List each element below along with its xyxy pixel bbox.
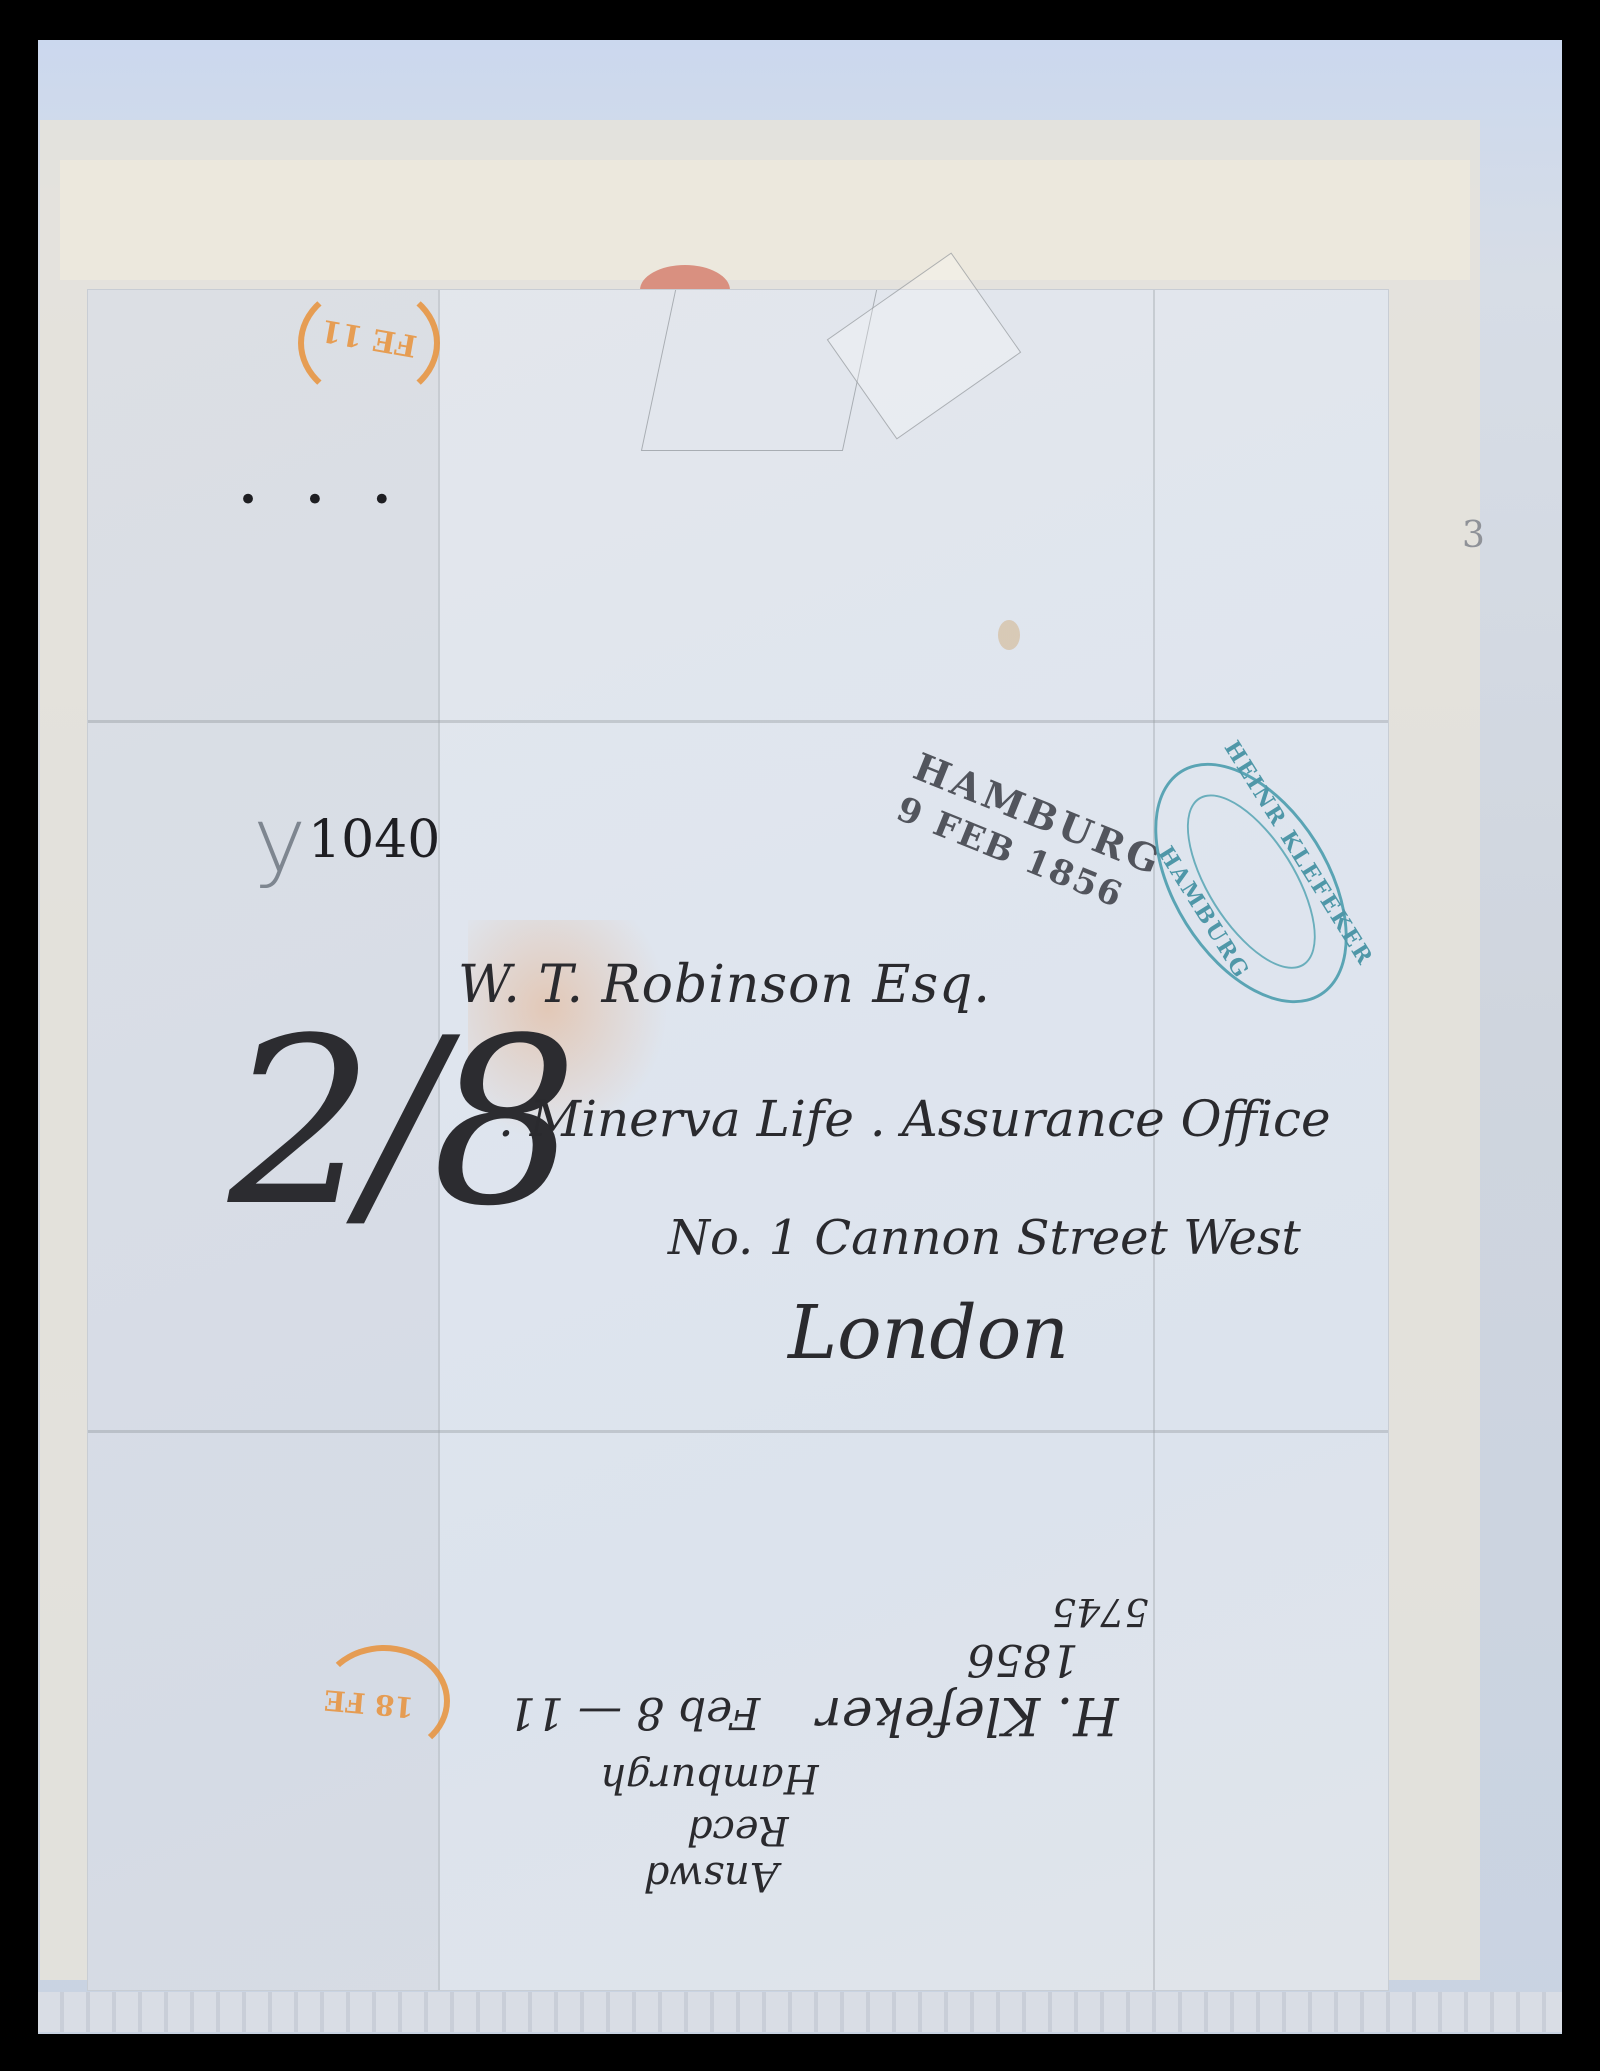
stain [998, 620, 1020, 650]
address-line-4: London [788, 1290, 1069, 1376]
hamburg-postmark: HAMBURG 9 FEB 1856 [891, 744, 1170, 926]
forwarder-cachet: HEINR KLEFEKER HAMBURG [1114, 729, 1387, 1037]
docket-sender: H. Klefeker Feb 8 — 11 [508, 1685, 1119, 1745]
docket-answered: Answd [508, 1853, 779, 1899]
docket-place: Hamburgh [508, 1755, 819, 1801]
docket-ref: 5745 [508, 1590, 1149, 1634]
ink-dots: • • • [238, 480, 410, 520]
paper-tear [641, 290, 877, 451]
margin-number: 3 [1462, 515, 1485, 556]
address-line-2: . Minerva Life . Assurance Office [498, 1090, 1331, 1148]
folded-letter: FE 11 • • • y 1040 HAMBURG 9 FEB 1856 HE… [88, 290, 1388, 1990]
underlying-sheet-edge [60, 160, 1470, 280]
docket-inverted: Answd Recd Hamburgh H. Klefeker Feb 8 — … [508, 1590, 1119, 1899]
ink-number: 1040 [308, 810, 440, 870]
arrival-backstamp-bottom: 18 FE [318, 1645, 450, 1757]
pencil-mark: y [253, 788, 306, 893]
address-line-1: W. T. Robinson Esq. [458, 955, 991, 1015]
docket-year: 1856 [508, 1634, 1079, 1685]
address-line-3: No. 1 Cannon Street West [668, 1210, 1301, 1266]
docket-received: Recd [508, 1807, 789, 1853]
arrival-backstamp-top: FE 11 [298, 282, 440, 404]
sleeve-perforated-edge [38, 1992, 1562, 2032]
